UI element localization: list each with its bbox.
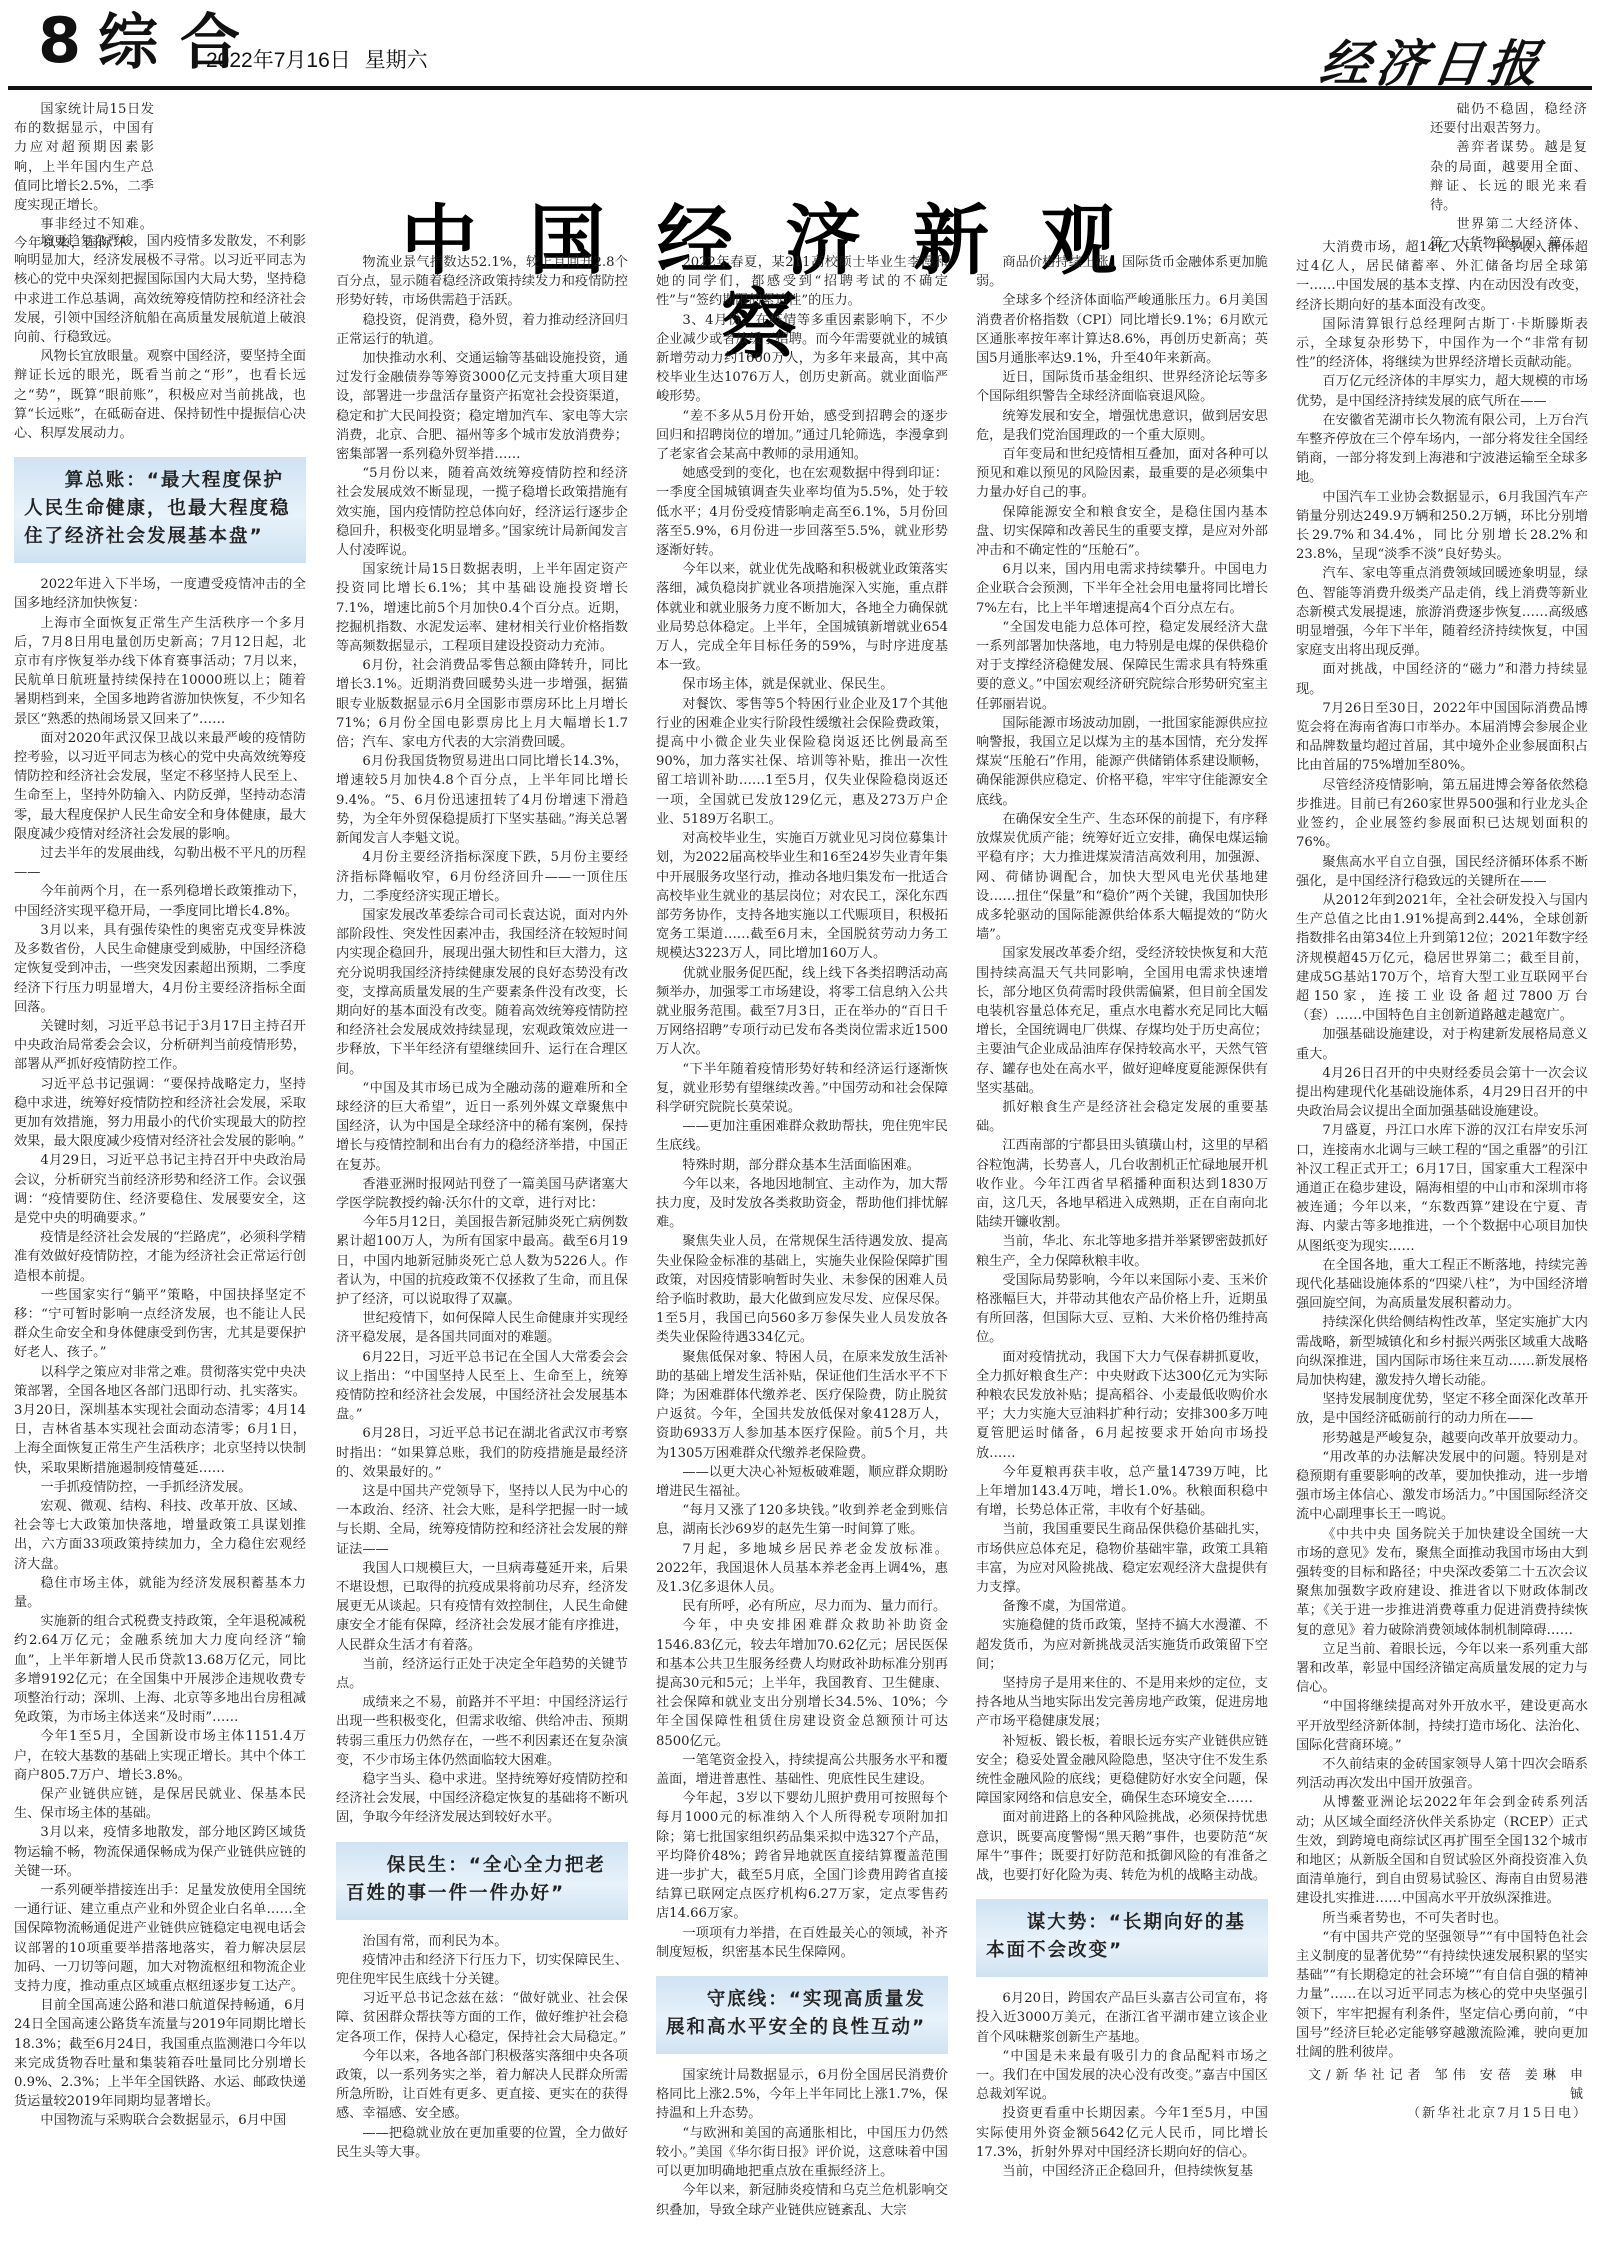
paragraph: 6月份我国货物贸易进出口同比增长14.3%，增速较5月加快4.8个百分点，上半年… [336,752,628,848]
paragraph: 备豫不虞，为国常道。 [976,1597,1268,1616]
issue-date: 2022年7月16日 星期六 [206,44,428,74]
paragraph: 国际能源市场波动加剧，一批国家能源供应拉响警报，我国立足以煤为主的基本国情，充分… [976,714,1268,810]
paragraph: 实施稳健的货币政策，坚持不搞大水漫灌、不超发货币，为应对新挑战灵活实施货币政策留… [976,1616,1268,1674]
paragraph: “差不多从5月份开始，感受到招聘会的逐步回归和招聘岗位的增加。”通过几轮筛选，李… [656,407,948,465]
date: 2022年7月16日 [206,49,351,72]
paragraph: 国际清算银行总经理阿古斯丁·卡斯滕斯表示，全球复杂形势下，中国作为一个“非常有韧… [1296,315,1588,373]
paragraph: 国家发展改革委综合司司长袁达说，面对内外部阶段性、突发性因素冲击，我国经济在较短… [336,906,628,1079]
paragraph: 今年以来，新冠肺炎疫情和乌克兰危机影响交织叠加，导致全球产业链供应链紊乱、大宗 [656,2181,948,2219]
masthead: 8 综合 2022年7月16日 星期六 经济日报 [0,0,1600,88]
paragraph: 聚焦低保对象、特困人员，在原来发放生活补助的基础上增发生活补贴，保证他们生活水平… [656,1348,948,1463]
paragraph: 当前，华北、东北等地多措并举紧锣密鼓抓好粮生产，全力保障秋粮丰收。 [976,1232,1268,1270]
paragraph: “中国及其市场已成为全融动荡的避难所和全球经济的巨大希望”，近日一系列外媒文章聚… [336,1079,628,1175]
paragraph: 这是中国共产党领导下，坚持以人民为中心的一本政治、经济、社会大账，是科学把握一时… [336,1482,628,1559]
paragraph: 宏观、微观、结构、科技、改革开放、区域、社会等七大政策加快落地，增量政策工具谋划… [14,1497,306,1574]
section-subhead: 保民生：“全心全力把老百姓的事一件一件办好” [336,1842,628,1920]
paragraph: 4月份主要经济指标深度下跌，5月份主要经济指标降幅收窄，6月份经济回升——一顶住… [336,848,628,906]
paragraph: 6月20日，跨国农产品巨头嘉吉公司宣布，将投入近3000万美元，在浙江省平湖市建… [976,1989,1268,2047]
header-rule [8,86,1592,90]
paragraph: 今年，中央安排困难群众救助补助资金1546.83亿元，较去年增加70.62亿元；… [656,1616,948,1750]
paragraph: 统筹发展和安全，增强忧患意识，做到居安思危，是我们党治国理政的一个重大原则。 [976,407,1268,445]
paragraph: 保障能源安全和粮食安全，是稳住国内基本盘、切实保障和改善民生的重要支撑，是应对外… [976,503,1268,561]
paragraph: 保市场主体，就是保就业、保民生。 [656,675,948,694]
paragraph: 6月28日，习近平总书记在湖北省武汉市考察时指出：“如果算总账，我们的防疫措施是… [336,1424,628,1482]
paragraph: 目前全国高速公路和港口航道保持畅通，6月24日全国高速公路货车流量与2019年同… [14,1996,306,2111]
paragraph: 百年变局和世纪疫情相互叠加，面对各种可以预见和难以预见的风险因素，最重要的是必须… [976,445,1268,503]
paragraph: 今年5月12日，美国报告新冠肺炎死亡病例数累计超100万人，为所有国家中最高。截… [336,1213,628,1309]
paragraph: 今年前两个月，在一系列稳增长政策推动下，中国经济实现平稳开局，一季度同比增长4.… [14,882,306,920]
paragraph: 投资更看重中长期因素。今年1至5月，中国实际使用外资金额5642亿元人民币，同比… [976,2104,1268,2162]
paragraph: 面对前进路上的各种风险挑战，必须保持忧患意识，既要高度警惕“黑天鹅”事件，也要防… [976,1808,1268,1885]
paragraph: 从博鳌亚洲论坛2022年年会到金砖系列活动；从区域全面经济伙伴关系协定（RCEP… [1296,1793,1588,1908]
article-column-3: 2022年春夏，某211高校硕士毕业生李漫和她的同学们，都感受到“招聘考试的不确… [656,253,948,2220]
paragraph: 加强基础设施建设，对于构建新发展格局意义重大。 [1296,1025,1588,1063]
paragraph: 坚持房子是用来住的、不是用来炒的定位，支持各地从当地实际出发完善房地产政策，促进… [976,1674,1268,1732]
paragraph: 今年1至5月，全国新设市场主体1151.4万户，在较大基数的基础上实现正增长。其… [14,1727,306,1785]
paragraph: 面对挑战，中国经济的“磁力”和潜力持续显现。 [1296,660,1588,698]
paragraph: 中国汽车工业协会数据显示，6月我国汽车产销量分别达249.9万辆和250.2万辆… [1296,488,1588,565]
paragraph: 补短板、锻长板，着眼长远夯实产业链供应链安全；稳妥处置金融风险隐患，坚决守住不发… [976,1732,1268,1809]
paragraph: 础仍不稳固，稳经济还要付出艰苦努力。 [1430,100,1587,138]
paragraph: 抓好粮食生产是经济社会稳定发展的重要基础。 [976,1098,1268,1136]
paragraph: 在确保安全生产、生态环保的前提下，有序释放煤炭优质产能；统筹好近立安排，确保电煤… [976,810,1268,944]
paragraph: ——把稳就业放在更加重要的位置，全力做好民生头等大事。 [336,2124,628,2162]
paragraph: 今年以来，各地因地制宜、主动作为，加大帮扶力度，及时发放各类救助资金，帮助他们排… [656,1175,948,1233]
article-column-2: 物流业景气指数达52.1%，较上月回升2.8个百分点，显示随着稳经济政策持续发力… [336,253,628,2162]
paragraph: 当前，我国重要民生商品保供稳价基础扎实，市场供应总体充足，稳物价基础牢靠，政策工… [976,1520,1268,1597]
paragraph: 6月份，社会消费品零售总额由降转升，同比增长3.1%。近期消费回暖势头进一步增强… [336,656,628,752]
paragraph: 当前，经济运行正处于决定全年趋势的关键节点。 [336,1655,628,1693]
section-subhead: 算总账：“最大程度保护人民生命健康，也最大程度稳住了经济社会发展基本盘” [14,457,306,563]
paragraph: “中国是未来最有吸引力的食品配料市场之一。我们在中国发展的决心没有改变。”嘉吉中… [976,2047,1268,2105]
paragraph: 加快推动水利、交通运输等基础设施投资，通过发行金融债券等筹资3000亿元支持重大… [336,349,628,464]
paragraph: 关键时刻，习近平总书记于3月17日主持召开中央政治局常委会会议，分析研判当前疫情… [14,1017,306,1075]
paragraph: 所当乘者势也，不可失者时也。 [1296,1909,1588,1928]
paragraph: “全国发电能力总体可控，稳定发展经济大盘一系列部署加快落地，电力特别是电煤的保供… [976,618,1268,714]
paragraph: 稳投资，促消费，稳外贸，着力推动经济回归正常运行的轨道。 [336,311,628,349]
paragraph: 对餐饮、零售等5个特困行业企业及17个其他行业的困难企业实行阶段性缓缴社会保险费… [656,695,948,829]
paragraph: 6月以来，国内用电需求持续攀升。中国电力企业联合会预测，下半年全社会用电量将同比… [976,560,1268,618]
paragraph: “中国将继续提高对外开放水平，建设更高水平开放型经济新体制，持续打造市场化、法治… [1296,1697,1588,1755]
paragraph: 以科学之策应对非常之难。贯彻落实党中央决策部署，全国各地区各部门迅即行动、扎实落… [14,1363,306,1478]
paragraph: 在安徽省芜湖市长久物流有限公司，上万台汽车整齐停放在三个停车场内，一部分将发往全… [1296,411,1588,488]
paragraph: 一系列硬举措接连出手：足量发放使用全国统一通行证、建立重点产业和外贸企业白名单…… [14,1881,306,1996]
paragraph: 过去半年的发展曲线，勾勒出极不平凡的历程—— [14,844,306,882]
paragraph: 形势越是严峻复杂，越要向改革开放要动力。 [1296,1429,1588,1448]
paragraph: 物流业景气指数达52.1%，较上月回升2.8个百分点，显示随着稳经济政策持续发力… [336,253,628,311]
section-subhead: 谋大势：“长期向好的基本面不会改变” [976,1899,1268,1977]
paragraph: 国家统计局15日发布的数据显示，中国有力应对超预期因素影响，上半年国内生产总值同… [14,100,154,215]
paragraph: 国家发展改革委介绍，受经济较快恢复和大范围持续高温天气共同影响，全国用电需求快速… [976,944,1268,1098]
paragraph: 2022年进入下半场，一度遭受疫情冲击的全国多地经济加快恢复： [14,575,306,613]
paragraph: 从2012年到2021年，全社会研发投入与国内生产总值之比由1.91%提高到2.… [1296,891,1588,1025]
paragraph: 上海市全面恢复正常生产生活秩序一个多月后，7月8日用电量创历史新高；7月12日起… [14,614,306,729]
paragraph: 百万亿元经济体的丰厚实力，超大规模的市场优势，是中国经济持续发展的底气所在—— [1296,372,1588,410]
paragraph: “5月份以来，随着高效统筹疫情防控和经济社会发展成效不断显现，一揽子稳增长政策措… [336,464,628,560]
paragraph: 在全国各地，重大工程正不断落地，持续完善现代化基础设施体系的“四梁八柱”，为中国… [1296,1256,1588,1314]
paragraph: 立足当前、着眼长远，今年以来一系列重大部署和改革，彰显中国经济锚定高质量发展的定… [1296,1640,1588,1698]
paragraph: 大消费市场，超14亿人口、中等收入群体超过4亿人，居民储蓄率、外汇储备均居全球第… [1296,238,1588,315]
paragraph: 3月以来，疫情多地散发，部分地区跨区域货物运输不畅，物流保通保畅成为保产业链供应… [14,1823,306,1881]
paragraph: 善弈者谋势。越是复杂的局面，越要用全面、辩证、长远的眼光来看待。 [1430,138,1587,215]
paragraph: 一笔笔资金投入，持续提高公共服务水平和覆盖面，增进普惠性、基础性、兜底性民生建设… [656,1751,948,1789]
paragraph: 当前，中国经济正企稳回升，但持续恢复基 [976,2162,1268,2181]
paragraph: 商品价格持续上涨、国际货币金融体系更加脆弱。 [976,253,1268,291]
paragraph: 世纪疫情下，如何保障人民生命健康并实现经济平稳发展，是各国共同面对的难题。 [336,1309,628,1347]
paragraph: 稳住市场主体，就能为经济发展积蓄基本力量。 [14,1574,306,1612]
paragraph: 习近平总书记念兹在兹：“做好就业、社会保障、贫困群众帮扶等方面的工作，做好维护社… [336,1989,628,2047]
paragraph: 7月起，多地城乡居民养老金发放标准。2022年，我国退休人员基本养老金再上调4%… [656,1540,948,1598]
paragraph: 保产业链供应链，是保居民就业、保基本民生、保市场主体的基础。 [14,1785,306,1823]
paragraph: ——更加注重困难群众救助帮扶，兜住兜牢民生底线。 [656,1117,948,1155]
article-column-5: 大消费市场，超14亿人口、中等收入群体超过4亿人，居民储蓄率、外汇储备均居全球第… [1296,238,1588,2123]
lead-column: 国家统计局15日发布的数据显示，中国有力应对超预期因素影响，上半年国内生产总值同… [14,100,154,254]
paragraph: 全球多个经济体面临严峻通胀压力。6月美国消费者价格指数（CPI）同比增长9.1%… [976,291,1268,368]
page-number: 8 [38,6,81,76]
paragraph: 民有所呼，必有所应，尽力而为、量力而行。 [656,1597,948,1616]
paragraph: “有中国共产党的坚强领导”“有中国特色社会主义制度的显著优势”“有持续快速发展积… [1296,1928,1588,2062]
paragraph: 一些国家实行“躺平”策略，中国抉择坚定不移：“宁可暂时影响一点经济发展，也不能让… [14,1286,306,1363]
paragraph: “与欧洲和美国的高通胀相比，中国压力仍然较小。”美国《华尔街日报》评价说，这意味… [656,2124,948,2182]
paragraph: 疫情是经济社会发展的“拦路虎”，必须科学精准有效做好疫情防控，才能为经济社会正常… [14,1228,306,1286]
article-column-1: 境更趋复杂严峻，国内疫情多发散发，不利影响明显加大，经济发展极不寻常。以习近平同… [14,232,306,2131]
paragraph: 我国人口规模巨大，一旦病毒蔓延开来，后果不堪设想，已取得的抗疫成果将前功尽弃，经… [336,1559,628,1655]
paragraph: 2022年春夏，某211高校硕士毕业生李漫和她的同学们，都感受到“招聘考试的不确… [656,253,948,311]
paragraph: 疫情冲击和经济下行压力下，切实保障民生、兜住兜牢民生底线十分关键。 [336,1951,628,1989]
paragraph: “下半年随着疫情形势好转和经济运行逐渐恢复，就业形势有望继续改善。”中国劳动和社… [656,1060,948,1118]
paragraph: 4月29日，习近平总书记主持召开中央政治局会议，分析研究当前经济形势和经济工作。… [14,1151,306,1228]
paragraph: 面对疫情扰动，我国下大力气保春耕抓夏收，全力抓好粮食生产：中央财政下达300亿元… [976,1348,1268,1463]
paragraph: 《中共中央 国务院关于加快建设全国统一大市场的意见》发布，聚焦全面推动我国市场由… [1296,1525,1588,1640]
paragraph: 受国际局势影响，今年以来国际小麦、玉米价格涨幅巨大，并带动其他农产品价格上升，近… [976,1271,1268,1348]
section-subhead: 守底线：“实现高质量发展和高水平安全的良性互动” [656,1976,948,2054]
paragraph: 汽车、家电等重点消费领域回暖迹象明显，绿色、智能等消费升级类产品走俏，线上消费等… [1296,564,1588,660]
weekday: 星期六 [365,49,428,72]
paragraph: 面对2020年武汉保卫战以来最严峻的疫情防控考验，以习近平同志为核心的党中央高效… [14,729,306,844]
paragraph: ——以更大决心补短板破难题，顺应群众期盼增进民生福祉。 [656,1463,948,1501]
paragraph: 7月26日至30日，2022年中国国际消费品博览会将在海南省海口市举办。本届消博… [1296,699,1588,776]
paragraph: 聚焦高水平自立自强，国民经济循环体系不断强化，是中国经济行稳致远的关键所在—— [1296,853,1588,891]
paragraph: 国家统计局数据显示，6月份全国居民消费价格同比上涨2.5%，今年上半年同比上涨1… [656,2066,948,2124]
paragraph: 3、4月份，在疫情等多重因素影响下，不少企业减少或者放缓了招聘。而今年需要就业的… [656,311,948,407]
paragraph: 今年以来，各地各部门积极落实落细中央各项政策，以一系列务实之举，着力解决人民群众… [336,2047,628,2124]
paragraph: “每月又涨了120多块钱。”收到养老金到账信息，湖南长沙69岁的赵先生第一时间算… [656,1501,948,1539]
paragraph: 今年以来，就业优先战略和积极就业政策落实落细，减负稳岗扩就业各项措施深入实施，重… [656,560,948,675]
paragraph: 3月以来，具有强传染性的奥密克戎变异株波及多数省份，人民生命健康受到威胁，中国经… [14,921,306,1017]
paragraph: 香港亚洲时报网站刊登了一篇美国马萨诸塞大学医学院教授约翰·沃尔什的文章，进行对比… [336,1175,628,1213]
paragraph: 尽管经济疫情影响，第五届进博会筹备依然稳步推进。目前已有260家世界500强和行… [1296,776,1588,853]
dateline-source: （新华社北京7月15日电） [1296,2104,1588,2123]
paragraph: 实施新的组合式税费支持政策，全年退税减税约2.64万亿元；金融系统加大力度向经济… [14,1612,306,1727]
article-column-4: 商品价格持续上涨、国际货币金融体系更加脆弱。全球多个经济体面临严峻通胀压力。6月… [976,253,1268,2181]
paragraph: 治国有常，而利民为本。 [336,1932,628,1951]
paragraph: 境更趋复杂严峻，国内疫情多发散发，不利影响明显加大，经济发展极不寻常。以习近平同… [14,232,306,347]
paragraph: 稳字当头、稳中求进。坚持统筹好疫情防控和经济社会发展，中国经济稳定恢复的基础将不… [336,1770,628,1828]
paragraph: 一手抓疫情防控，一手抓经济发展。 [14,1478,306,1497]
article-column-5-top: 础仍不稳固，稳经济还要付出艰苦努力。善弈者谋势。越是复杂的局面，越要用全面、辩证… [1430,100,1587,254]
paragraph: 成绩来之不易，前路并不平坦：中国经济运行出现一些积极变化，但需求收缩、供给冲击、… [336,1693,628,1770]
paragraph: 国家统计局15日数据表明，上半年固定资产投资同比增长6.1%；其中基础设施投资增… [336,560,628,656]
paragraph: 优就业服务促匹配，线上线下各类招聘活动高频举办，加强零工市场建设，将零工信息纳入… [656,964,948,1060]
paragraph: 7月盛夏，丹江口水库下游的汉江右岸安乐河口，连接南水北调与三峡工程的“国之重器”… [1296,1121,1588,1255]
paragraph: 4月26日召开的中央财经委员会第十一次会议提出构建现代化基础设施体系，4月29日… [1296,1064,1588,1122]
paragraph: 聚焦失业人员，在常规保生活待遇发放、提高失业保险金标准的基础上，实施失业保险保障… [656,1232,948,1347]
paragraph: 坚持发展制度优势，坚定不移全面深化改革开放，是中国经济砥砺前行的动力所在—— [1296,1390,1588,1428]
byline: 文/新华社记者 邹伟 安蓓 姜琳 申铖 [1296,2066,1588,2104]
paragraph: 她感受到的变化，也在宏观数据中得到印证：一季度全国城镇调查失业率均值为5.5%，… [656,464,948,560]
paragraph: 对高校毕业生，实施百万就业见习岗位募集计划，为2022届高校毕业生和16至24岁… [656,829,948,963]
paragraph: 中国物流与采购联合会数据显示，6月中国 [14,2111,306,2130]
paragraph: 风物长宜放眼量。观察中国经济，要坚持全面辩证长远的眼光，既看当前之“形”，也看长… [14,347,306,443]
paragraph: 不久前结束的金砖国家领导人第十四次会晤系列活动再次发出中国开放强音。 [1296,1755,1588,1793]
paragraph: “用改革的办法解决发展中的问题。特别是对稳预期有重要影响的改革，要加快推动，进一… [1296,1448,1588,1525]
paragraph: 特殊时期，部分群众基本生活面临困难。 [656,1156,948,1175]
paragraph: 近日，国际货币基金组织、世界经济论坛等多个国际组织警告全球经济面临衰退风险。 [976,368,1268,406]
paragraph: 一项项有力举措，在百姓最关心的领域，补齐制度短板，织密基本民生保障网。 [656,1924,948,1962]
paragraph: 习近平总书记强调：“要保持战略定力，坚持稳中求进，统筹好疫情防控和经济社会发展，… [14,1075,306,1152]
paragraph: 持续深化供给侧结构性改革，坚定实施扩大内需战略，新型城镇化和乡村振兴两张区域重大… [1296,1313,1588,1390]
paragraph: 6月22日，习近平总书记在全国人大常委会会议上指出：“中国坚持人民至上、生命至上… [336,1348,628,1425]
paragraph: 今年夏粮再获丰收，总产量14739万吨，比上年增加143.4万吨，增长1.0%。… [976,1463,1268,1521]
paragraph: 江西南部的宁都县田头镇璜山村，这里的早稻谷粒饱满，长势喜人，几台收割机正忙碌地展… [976,1136,1268,1232]
paragraph: 今年起，3岁以下婴幼儿照护费用可按照每个每月1000元的标准纳入个人所得税专项附… [656,1789,948,1923]
